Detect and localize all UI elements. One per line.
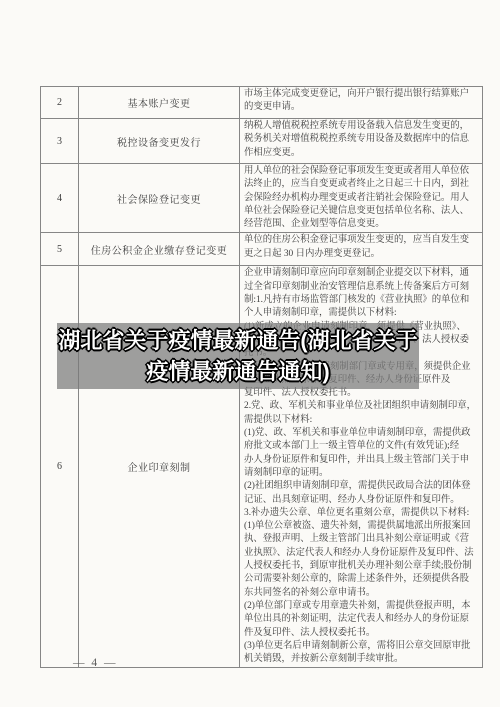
procedure-desc: 单位的住房公积金登记事项发生变更的，应当自发生变 更之日起 30 日内办理变更登… xyxy=(240,233,483,266)
table-row: 4 社会保险登记变更 用人单位的社会保险登记事项发生变更或者用人单位依 法终止的… xyxy=(41,164,483,233)
procedure-name: 住房公积金企业缴存登记变更 xyxy=(79,233,240,266)
procedure-name: 税控设备变更发行 xyxy=(79,119,240,164)
table-row: 3 税控设备变更发行 纳税人增值税税控系统专用设备载入信息发生变更的， 税务机关… xyxy=(41,119,483,164)
table-row: 2 基本账户变更 市场主体完成变更登记，向开户银行提出银行结算账户 的变更申请。 xyxy=(41,87,483,119)
document-page: 2 基本账户变更 市场主体完成变更登记，向开户银行提出银行结算账户 的变更申请。… xyxy=(0,0,500,707)
procedure-desc: 用人单位的社会保险登记事项发生变更或者用人单位依 法终止的，应当自变更或者终止之… xyxy=(240,164,483,233)
watermark-title-line1: 湖北省关于疫情最新通告(湖北省关于 xyxy=(58,325,417,356)
row-number: 2 xyxy=(41,87,79,119)
procedure-desc: 纳税人增值税税控系统专用设备载入信息发生变更的， 税务机关对增值税税控系统专用设… xyxy=(240,119,483,164)
row-number: 5 xyxy=(41,233,79,266)
procedure-desc: 市场主体完成变更登记，向开户银行提出银行结算账户 的变更申请。 xyxy=(240,87,483,119)
watermark-title-band: 湖北省关于疫情最新通告(湖北省关于 疫情最新通告通知) xyxy=(57,323,419,389)
row-number: 3 xyxy=(41,119,79,164)
procedure-name: 基本账户变更 xyxy=(79,87,240,119)
watermark-title-line2: 疫情最新通告通知) xyxy=(146,356,329,387)
row-number: 4 xyxy=(41,164,79,233)
page-number: — 4 — xyxy=(73,657,118,669)
table-row: 5 住房公积金企业缴存登记变更 单位的住房公积金登记事项发生变更的，应当自发生变… xyxy=(41,233,483,266)
procedure-name: 社会保险登记变更 xyxy=(79,164,240,233)
